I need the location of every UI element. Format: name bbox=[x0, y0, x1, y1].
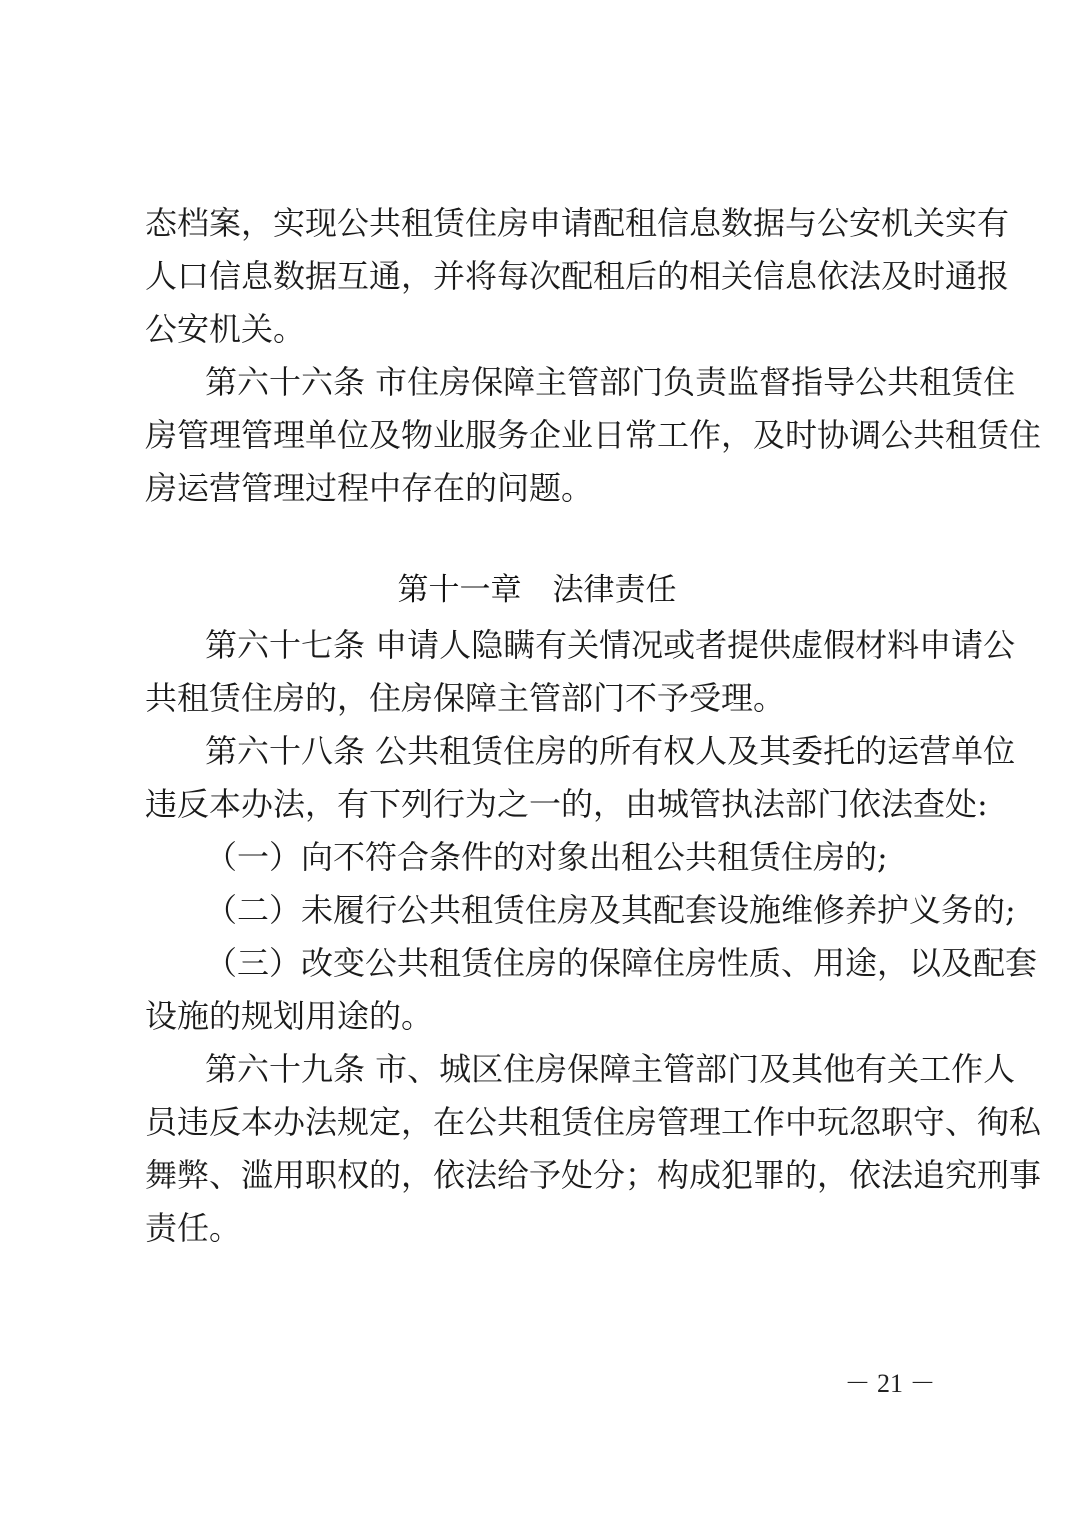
text-line: 员违反本办法规定，在公共租赁住房管理工作中玩忽职守、徇私 bbox=[145, 1102, 940, 1142]
text-line: 设施的规划用途的。 bbox=[145, 996, 940, 1036]
text-line: 责任。 bbox=[145, 1208, 940, 1248]
text-line: 公安机关。 bbox=[145, 309, 940, 349]
text-line: 房运营管理过程中存在的问题。 bbox=[145, 468, 940, 508]
text-line: 舞弊、滥用职权的，依法给予处分；构成犯罪的，依法追究刑事 bbox=[145, 1155, 940, 1195]
list-item: （二）未履行公共租赁住房及其配套设施维修养护义务的; bbox=[205, 890, 940, 930]
text-line: 人口信息数据互通，并将每次配租后的相关信息依法及时通报 bbox=[145, 256, 940, 296]
article-67-line: 第六十七条 申请人隐瞒有关情况或者提供虚假材料申请公 bbox=[205, 625, 940, 665]
list-item: （三）改变公共租赁住房的保障住房性质、用途，以及配套 bbox=[205, 943, 940, 983]
text-line: 房管理管理单位及物业服务企业日常工作，及时协调公共租赁住 bbox=[145, 415, 940, 455]
text-line: 态档案，实现公共租赁住房申请配租信息数据与公安机关实有 bbox=[145, 203, 940, 243]
page-number: － 21 － bbox=[840, 1367, 940, 1401]
document-page: 态档案，实现公共租赁住房申请配租信息数据与公安机关实有 人口信息数据互通，并将每… bbox=[0, 0, 1074, 1520]
text-line: 共租赁住房的，住房保障主管部门不予受理。 bbox=[145, 678, 940, 718]
article-69-line: 第六十九条 市、城区住房保障主管部门及其他有关工作人 bbox=[205, 1049, 940, 1089]
text-line: 违反本办法，有下列行为之一的，由城管执法部门依法查处: bbox=[145, 784, 940, 824]
article-66-line: 第六十六条 市住房保障主管部门负责监督指导公共租赁住 bbox=[205, 362, 940, 402]
list-item: （一）向不符合条件的对象出租公共租赁住房的; bbox=[205, 837, 940, 877]
chapter-heading: 第十一章 法律责任 bbox=[0, 570, 1074, 610]
article-68-line: 第六十八条 公共租赁住房的所有权人及其委托的运营单位 bbox=[205, 731, 940, 771]
